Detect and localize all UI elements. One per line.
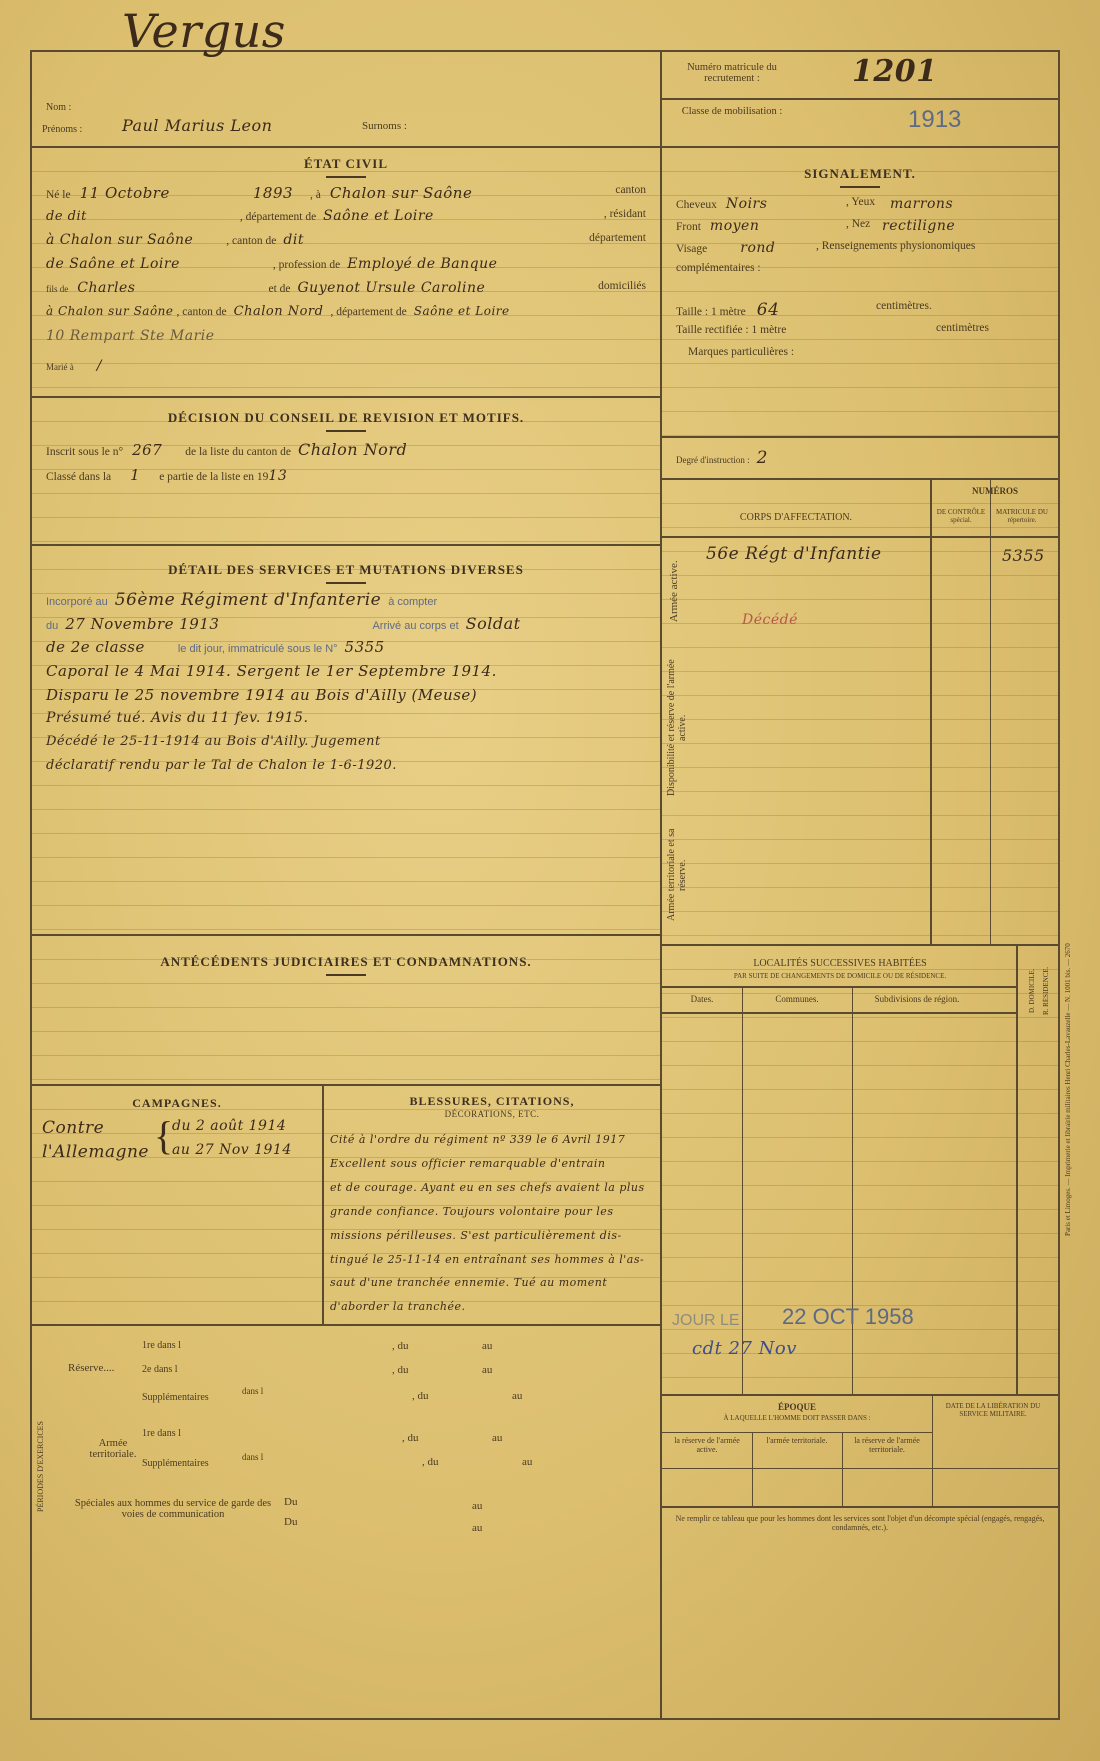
canton-liste-value: Chalon Nord [298, 440, 407, 459]
taille-value: 64 [757, 300, 780, 320]
campagne-from: du 2 août 1914 [172, 1118, 286, 1134]
campagne-to: au 27 Nov 1914 [172, 1142, 292, 1158]
citation-text: Cité à l'ordre du régiment nº 339 le 6 A… [330, 1128, 645, 1319]
conseil-revision-title: DÉCISION DU CONSEIL DE REVISION ET MOTIF… [32, 410, 660, 426]
signalement-title: SIGNALEMENT. [662, 166, 1058, 182]
localites-title: LOCALITÉS SUCCESSIVES HABITÉES [662, 958, 1018, 969]
etat-civil-section: ÉTAT CIVIL Né le 11 Octobre 1893 , à Cha… [32, 148, 660, 398]
stamp-jour-label: JOUR LE [672, 1312, 740, 1330]
cheveux-value: Noirs [726, 196, 768, 212]
registre-matricule-page: Vergus Nom : Prénoms : Paul Marius Leon … [30, 50, 1060, 1720]
identity-block: Vergus Nom : Prénoms : Paul Marius Leon … [32, 52, 660, 148]
affectation-section: CORPS D'AFFECTATION. NUMÉROS DE CONTRÔLE… [662, 480, 1058, 946]
stamp-date: 22 OCT 1958 [782, 1304, 914, 1330]
inscrit-number: 267 [132, 441, 162, 459]
brace-icon: { [154, 1116, 173, 1156]
prenoms-value: Paul Marius Leon [122, 116, 272, 135]
canton-value: de dit [46, 209, 87, 224]
service-line: Décédé le 25-11-1914 au Bois d'Ailly. Ju… [46, 734, 650, 749]
service-line: déclaratif rendu par le Tal de Chalon le… [46, 758, 650, 773]
disponibilite-label: Disponibilité et réserve de l'armée acti… [666, 648, 688, 808]
mother-value: Guyenot Ursule Caroline [298, 280, 486, 296]
decede-note: Décédé [742, 612, 798, 628]
epoque-note: Ne remplir ce tableau que pour les homme… [672, 1514, 1048, 1532]
grade-value: Soldat [466, 614, 521, 633]
front-value: moyen [710, 218, 759, 234]
campagne-value: Contre l'Allemagne [42, 1116, 152, 1164]
prenoms-label: Prénoms : [42, 124, 82, 135]
antecedents-section: ANTÉCÉDENTS JUDICIAIRES ET CONDAMNATIONS… [32, 936, 660, 1086]
instruction-value: 2 [757, 448, 768, 468]
territoriale-label: Armée territoriale et sa réserve. [666, 815, 688, 935]
profession-value: Employé de Banque [347, 256, 497, 272]
address-value: 10 Rempart Ste Marie [46, 328, 215, 344]
surname-handwritten: Vergus [122, 4, 286, 58]
instruction-block: Degré d'instruction : 2 [662, 438, 1058, 480]
blessures-block: BLESSURES, CITATIONS, DÉCORATIONS, ETC. … [324, 1086, 660, 1119]
regiment-value: 56ème Régiment d'Infanterie [115, 590, 381, 610]
services-section: DÉTAIL DES SERVICES ET MUTATIONS DIVERSE… [32, 546, 660, 936]
surnoms-label: Surnoms : [362, 120, 407, 132]
periodes-side-label: PÉRIODES D'EXERCICES [36, 1366, 45, 1566]
father-value: Charles [77, 280, 135, 296]
signature: cdt 27 Nov [692, 1338, 797, 1359]
affectation-title: CORPS D'AFFECTATION. [662, 512, 930, 523]
conseil-revision-section: DÉCISION DU CONSEIL DE REVISION ET MOTIF… [32, 398, 660, 546]
yeux-value: marrons [890, 196, 953, 212]
right-column: Numéro matricule du recrutement : 1201 C… [660, 52, 1058, 1718]
nez-value: rectiligne [882, 218, 955, 234]
immatricule-number: 5355 [345, 638, 385, 656]
visage-value: rond [740, 240, 775, 256]
armee-active-label: Armée active. [668, 546, 680, 636]
blessures-title: BLESSURES, CITATIONS, [324, 1094, 660, 1109]
birth-place: Chalon sur Saône [330, 184, 472, 202]
incorporation-date: 27 Novembre 1913 [65, 615, 219, 633]
campagnes-blessures-section: CAMPAGNES. Contre l'Allemagne { du 2 aoû… [32, 1086, 660, 1326]
left-column: Vergus Nom : Prénoms : Paul Marius Leon … [32, 52, 660, 1718]
etat-civil-title: ÉTAT CIVIL [32, 156, 660, 172]
nom-label: Nom : [46, 102, 71, 113]
matricule-repertoire-value: 5355 [1002, 546, 1045, 565]
corps-value: 56e Régt d'Infantie [706, 544, 882, 564]
signalement-section: SIGNALEMENT. Cheveux Noirs , Yeux marron… [662, 148, 1058, 438]
periodes-section: PÉRIODES D'EXERCICES Réserve.... 1re dan… [32, 1326, 660, 1722]
localites-section: LOCALITÉS SUCCESSIVES HABITÉES PAR SUITE… [662, 946, 1058, 1396]
ne-le-label: Né le [46, 189, 71, 201]
service-line: Disparu le 25 novembre 1914 au Bois d'Ai… [46, 686, 650, 704]
campagnes-block: CAMPAGNES. Contre l'Allemagne { du 2 aoû… [32, 1086, 322, 1111]
epoque-title: ÉPOQUE [662, 1402, 932, 1412]
birth-date: 11 Octobre [80, 184, 170, 202]
campagnes-title: CAMPAGNES. [32, 1096, 322, 1111]
service-line: Présumé tué. Avis du 11 fev. 1915. [46, 710, 650, 726]
matricule-block: Numéro matricule du recrutement : 1201 C… [662, 52, 1058, 148]
numero-matricule-value: 1201 [852, 54, 938, 89]
epoque-section: ÉPOQUE À LAQUELLE L'HOMME DOIT PASSER DA… [662, 1396, 1058, 1722]
services-title: DÉTAIL DES SERVICES ET MUTATIONS DIVERSE… [32, 562, 660, 578]
classe-value: 1913 [908, 106, 961, 134]
departement-value: Saône et Loire [323, 208, 434, 224]
residence-value: à Chalon sur Saône [46, 232, 193, 248]
antecedents-title: ANTÉCÉDENTS JUDICIAIRES ET CONDAMNATIONS… [32, 954, 660, 970]
partie-number: 1 [130, 466, 140, 484]
service-line: Caporal le 4 Mai 1914. Sergent le 1er Se… [46, 662, 650, 680]
printer-imprint: Paris et Limoges. — Imprimerie et librai… [1064, 780, 1072, 1400]
birth-year: 1893 [253, 184, 293, 202]
